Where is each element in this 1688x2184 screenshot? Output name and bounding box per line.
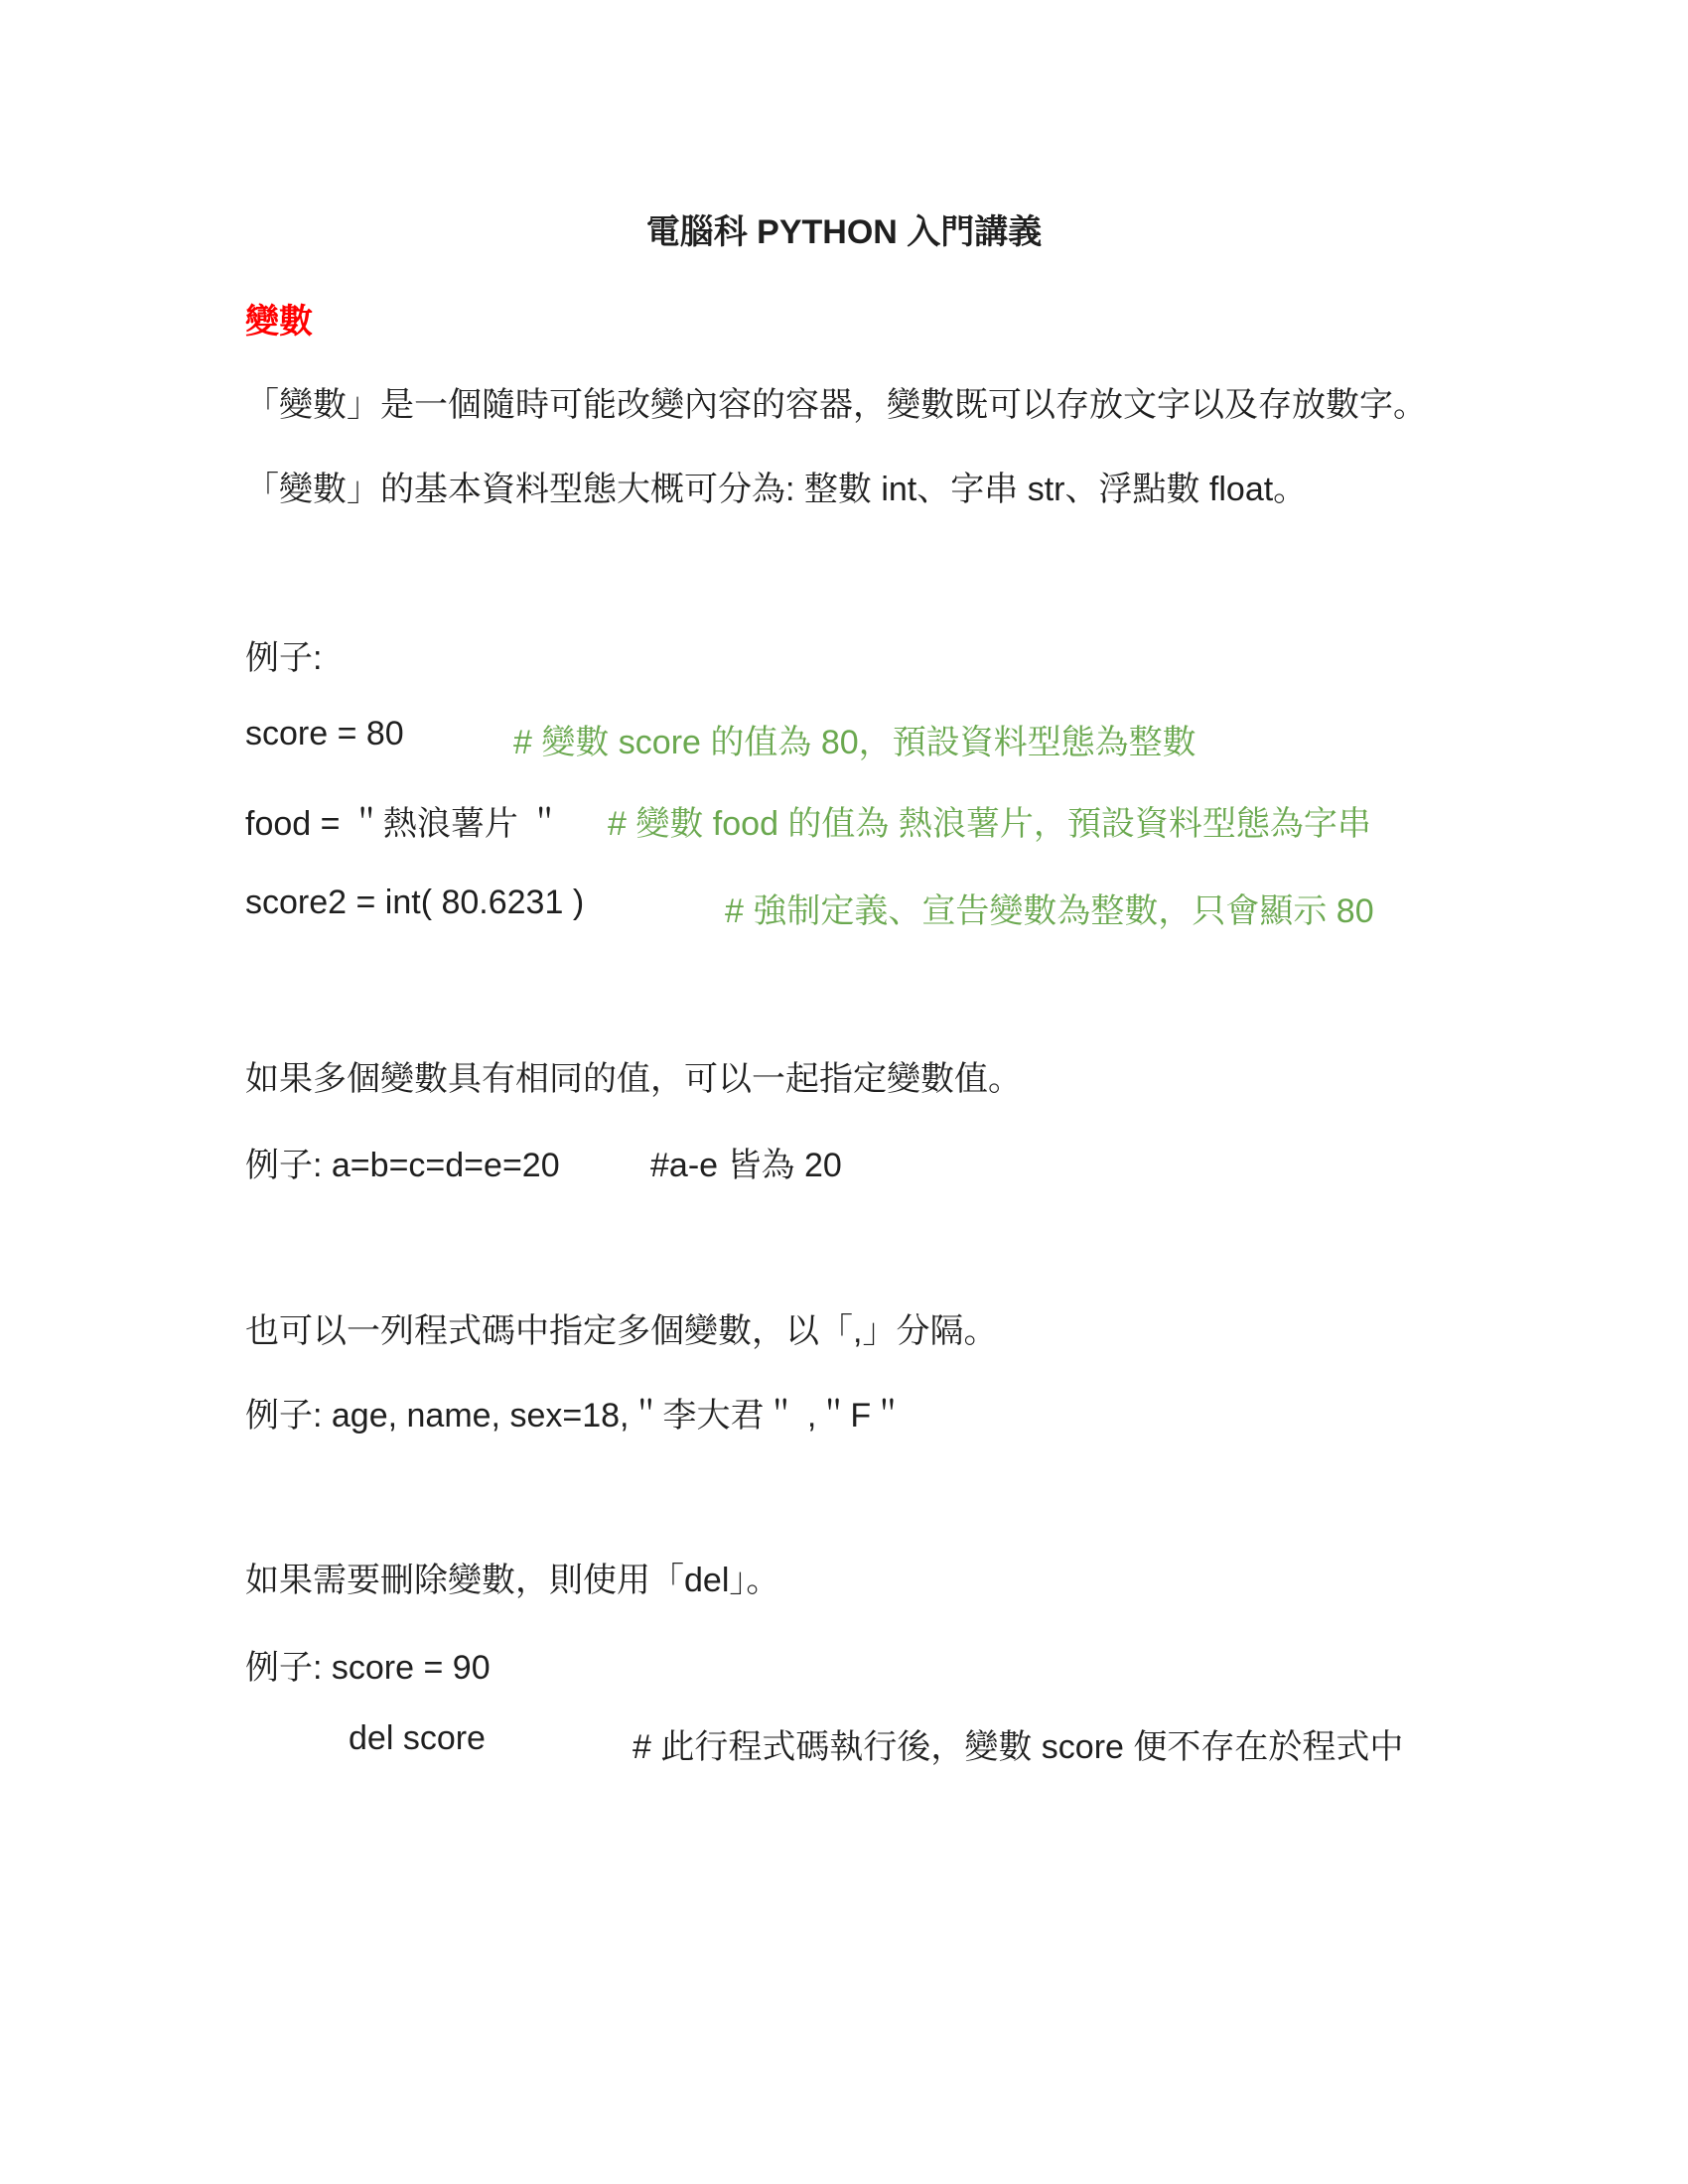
section-heading-variables: 變數	[0, 294, 1688, 340]
code-line-food: food = ＂熱浪薯片 ＂ # 變數 food 的值為 熱浪薯片，預設資料型態…	[0, 796, 1688, 842]
delete-var-text-content: 如果需要刪除變數，則使用「del」。	[245, 1553, 779, 1601]
multi-declare-example: 例子: age, name, sex=18,＂李大君＂ ,＂F＂	[0, 1388, 1688, 1433]
code-text: food = ＂熱浪薯片 ＂	[245, 796, 561, 845]
intro-line-2: 「變數」的基本資料型態大概可分為: 整數 int、字串 str、浮點數 floa…	[0, 462, 1688, 507]
code-text: score = 80	[245, 715, 404, 753]
document-page: 電腦科 PYTHON 入門講義 變數 「變數」是一個隨時可能改變內容的容器，變數…	[0, 0, 1688, 2184]
delete-var-text: 如果需要刪除變數，則使用「del」。	[0, 1553, 1688, 1598]
examples-label: 例子:	[0, 630, 1688, 676]
code-line-score2: score2 = int( 80.6231 ) # 強制定義、宣告變數為整數，只…	[0, 884, 1688, 929]
code-line-score: score = 80 # 變數 score 的值為 80，預設資料型態為整數	[0, 715, 1688, 760]
multi-assign-example: 例子: a=b=c=d=e=20 #a-e 皆為 20	[0, 1138, 1688, 1183]
examples-label-text: 例子:	[245, 630, 322, 679]
code-comment: # 此行程式碼執行後，變數 score 便不存在於程式中	[633, 1719, 1403, 1768]
code-comment: #a-e 皆為 20	[650, 1138, 842, 1186]
code-text: 例子: age, name, sex=18,＂李大君＂ ,＂F＂	[245, 1388, 905, 1436]
code-text: del score	[349, 1719, 486, 1758]
intro-line-1-text: 「變數」是一個隨時可能改變內容的容器，變數既可以存放文字以及存放數字。	[245, 377, 1427, 426]
intro-line-2-text: 「變數」的基本資料型態大概可分為: 整數 int、字串 str、浮點數 floa…	[245, 462, 1307, 510]
multi-assign-text: 如果多個變數具有相同的值，可以一起指定變數值。	[0, 1051, 1688, 1097]
section-heading-text: 變數	[245, 294, 313, 342]
code-text: 例子: a=b=c=d=e=20	[245, 1138, 560, 1186]
doc-title: 電腦科 PYTHON 入門講義	[0, 205, 1688, 250]
code-comment: # 變數 score 的值為 80，預設資料型態為整數	[513, 715, 1196, 763]
code-text: 例子: score = 90	[245, 1640, 491, 1689]
code-text: score2 = int( 80.6231 )	[245, 884, 584, 922]
intro-line-1: 「變數」是一個隨時可能改變內容的容器，變數既可以存放文字以及存放數字。	[0, 377, 1688, 423]
code-comment: # 變數 food 的值為 熱浪薯片，預設資料型態為字串	[608, 796, 1371, 845]
delete-var-example-1: 例子: score = 90	[0, 1640, 1688, 1686]
multi-declare-text: 也可以一列程式碼中指定多個變數，以「,」分隔。	[0, 1303, 1688, 1349]
delete-var-example-2: del score # 此行程式碼執行後，變數 score 便不存在於程式中	[0, 1719, 1688, 1765]
multi-declare-text-content: 也可以一列程式碼中指定多個變數，以「,」分隔。	[245, 1303, 997, 1352]
code-comment: # 強制定義、宣告變數為整數，只會顯示 80	[725, 884, 1374, 932]
multi-assign-text-content: 如果多個變數具有相同的值，可以一起指定變數值。	[245, 1051, 1022, 1100]
